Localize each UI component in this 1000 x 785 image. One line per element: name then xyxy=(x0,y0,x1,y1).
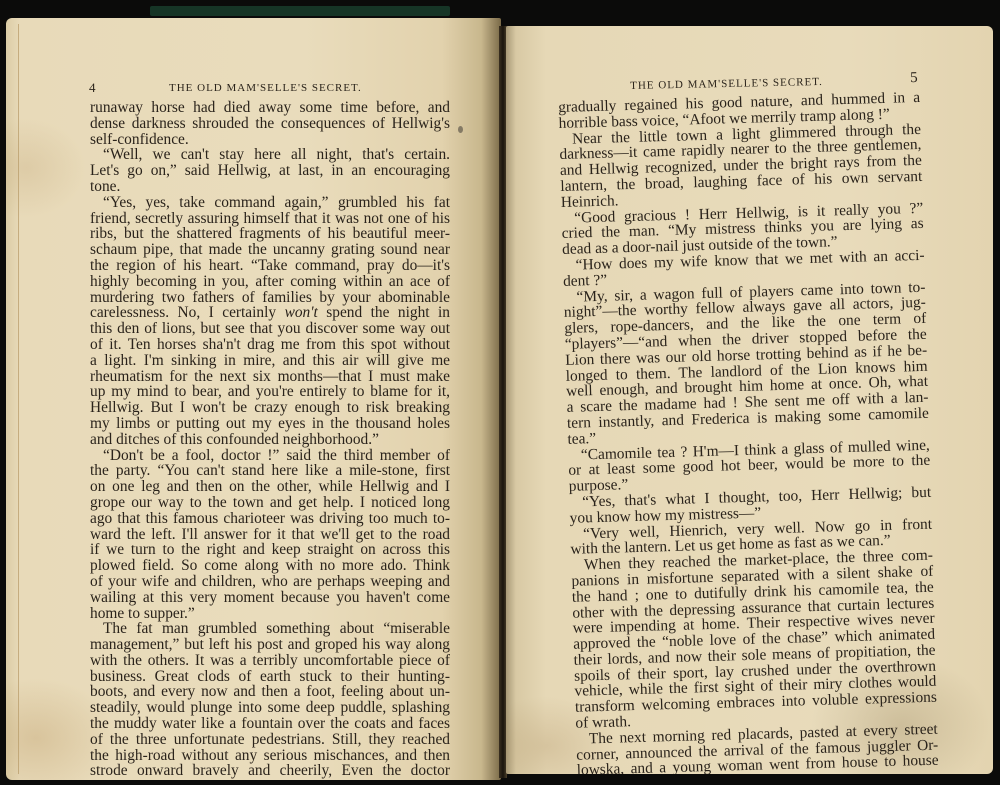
text-line: Hellwig. But I won't be crazy enough to … xyxy=(90,400,450,416)
text-line: rheumatism for the next six months—that … xyxy=(90,369,450,385)
text-line: self-confidence. xyxy=(90,132,450,148)
text-line: runaway horse had died away some time be… xyxy=(90,100,450,116)
text-line: of your wife and children, who are perha… xyxy=(90,574,450,590)
text-line: ribs, but the shattered fragments of his… xyxy=(90,226,450,242)
text-line: steadily, would plunge into some deep pu… xyxy=(90,700,450,716)
text-line: if we turn to the right and keep straigh… xyxy=(90,542,450,558)
page-edge-line xyxy=(18,24,19,774)
text-line: plowed field. So come along with no more… xyxy=(90,558,450,574)
text-line: on one leg and then on the other, while … xyxy=(90,479,450,495)
right-page: THE OLD MAM'SELLE'S SECRET. 5 gradually … xyxy=(506,26,993,774)
text-line: business. Great clods of earth stuck to … xyxy=(90,669,450,685)
paper-speck xyxy=(458,126,463,133)
running-head: THE OLD MAM'SELLE'S SECRET. xyxy=(169,82,362,94)
text-line: Let's go on,” said Hellwig, at last, in … xyxy=(90,163,450,179)
page-number: 4 xyxy=(89,80,96,96)
open-book: 4 THE OLD MAM'SELLE'S SECRET. runaway ho… xyxy=(0,0,1000,785)
left-page: 4 THE OLD MAM'SELLE'S SECRET. runaway ho… xyxy=(6,18,501,780)
text-line: up my mind to bear, and you're entirely … xyxy=(90,384,450,400)
text-line: The fat man grumbled something about “mi… xyxy=(90,621,450,637)
text-line: friend, secretly assuring himself that i… xyxy=(90,211,450,227)
text-line: a light. I'm sinking in mire, and this a… xyxy=(90,353,450,369)
text-line: tone. xyxy=(90,179,450,195)
emphasis-word: won't xyxy=(285,304,318,321)
right-header: THE OLD MAM'SELLE'S SECRET. 5 xyxy=(630,69,970,76)
book-cover-edge xyxy=(150,6,450,16)
left-page-body: runaway horse had died away some time be… xyxy=(90,100,450,779)
text-line: the muddy water like a fountain over the… xyxy=(90,716,450,732)
text-line: the party. “You can't stand here like a … xyxy=(90,463,450,479)
text-line: wailing at this very moment because you … xyxy=(90,590,450,606)
text-line: the high-road without any serious mischa… xyxy=(90,748,450,764)
text-line: dense darkness shrouded the consequences… xyxy=(90,116,450,132)
text-line: “Yes, yes, take command again,” grumbled… xyxy=(90,195,450,211)
running-head: THE OLD MAM'SELLE'S SECRET. xyxy=(630,76,823,92)
text-line: ward the left. I'll answer for it that w… xyxy=(90,527,450,543)
text-line: ago that this famous charioteer was driv… xyxy=(90,511,450,527)
text-line: this den of lions, but see that you disc… xyxy=(90,321,450,337)
text-line: of it. Ten horses sha'n't drag me from t… xyxy=(90,337,450,353)
text-line: with the others. It was a terribly uncom… xyxy=(90,653,450,669)
text-line: strode onward bravely and cheerily, Even… xyxy=(90,763,450,779)
text-line: murdering two fathers of families by you… xyxy=(90,290,450,306)
text-line: the region of his heart. “Take command, … xyxy=(90,258,450,274)
text-line: of the three unfortunate pedestrians. St… xyxy=(90,732,450,748)
text-line: carelessness. No, I certainly won't spen… xyxy=(90,305,450,321)
text-line: grope our way to the town and get help. … xyxy=(90,495,450,511)
text-line: management,” but left his post and grope… xyxy=(90,637,450,653)
text-line: my limbs or putting out my eyes in the t… xyxy=(90,416,450,432)
text-line: “Well, we can't stay here all night, tha… xyxy=(90,147,450,163)
page-number: 5 xyxy=(910,70,918,87)
text-line: and ditches of this confounded neighborh… xyxy=(90,432,450,448)
text-line: “Don't be a fool, doctor !” said the thi… xyxy=(90,448,450,464)
text-line: home to supper.” xyxy=(90,606,450,622)
text-line: highly becoming in you, after coming wit… xyxy=(90,274,450,290)
right-page-body: gradually regained his good nature, and … xyxy=(558,90,939,774)
text-line: boots, and every now and then a foot, fe… xyxy=(90,684,450,700)
text-line: schaum pipe, that made the uncanny grati… xyxy=(90,242,450,258)
